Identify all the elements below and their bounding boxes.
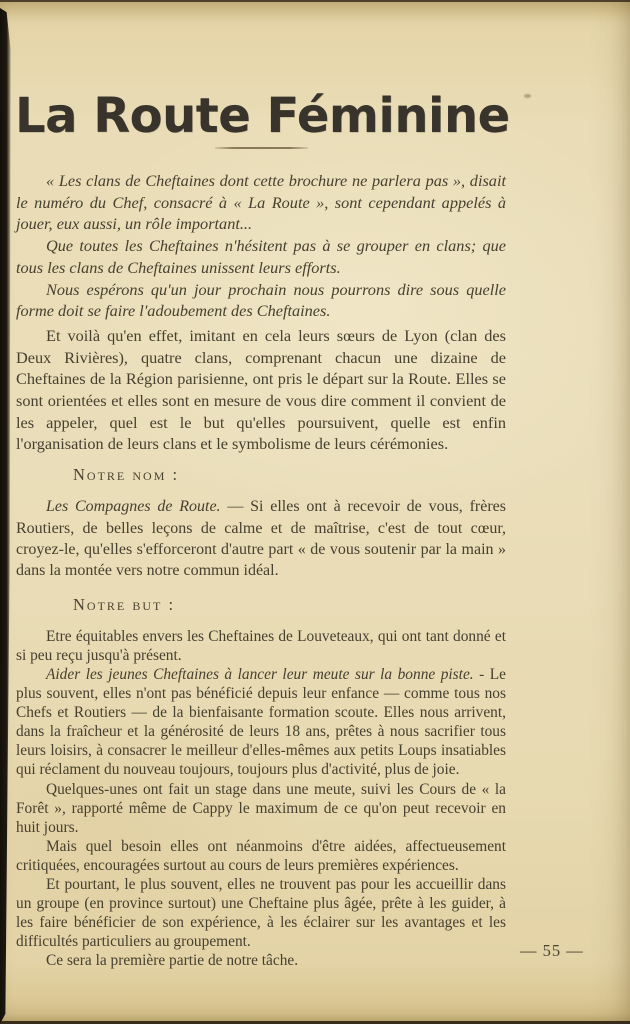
intro-paragraph-2: Que toutes les Cheftaines n'hésitent pas… bbox=[16, 235, 506, 278]
body-paragraph-equitables: Etre équitables envers les Cheftaines de… bbox=[16, 627, 506, 665]
page-title: La Route Féminine bbox=[15, 88, 510, 144]
paragraph-lead-italic: Les Compagnes de Route. bbox=[46, 498, 221, 515]
print-artifact bbox=[524, 94, 531, 98]
intro-quote-block: « Les clans de Cheftaines dont cette bro… bbox=[16, 170, 506, 322]
scanned-book-page: La Route Féminine « Les clans de Cheftai… bbox=[0, 0, 630, 1024]
body-paragraph-clans: Et voilà qu'en effet, imitant en cela le… bbox=[16, 325, 506, 455]
intro-paragraph-1: « Les clans de Cheftaines dont cette bro… bbox=[16, 170, 506, 235]
body-paragraph-pourtant: Et pourtant, le plus souvent, elles ne t… bbox=[16, 875, 506, 951]
section-heading-notre-nom: Notre nom : bbox=[73, 465, 506, 485]
body-paragraph-stage: Quelques-unes ont fait un stage dans une… bbox=[16, 780, 506, 837]
text-column: « Les clans de Cheftaines dont cette bro… bbox=[16, 170, 506, 970]
title-divider-rule bbox=[215, 147, 308, 149]
body-paragraph-aider: Aider les jeunes Cheftaines à lancer leu… bbox=[16, 665, 506, 780]
body-paragraph-tache: Ce sera la première partie de notre tâch… bbox=[16, 951, 506, 970]
book-binding-edge bbox=[0, 8, 12, 1024]
scan-top-edge bbox=[0, 0, 630, 2]
body-paragraph-besoin: Mais quel besoin elles ont néanmoins d'ê… bbox=[16, 837, 506, 875]
section-heading-notre-but: Notre but : bbox=[73, 595, 506, 615]
intro-paragraph-3: Nous espérons qu'un jour prochain nous p… bbox=[16, 279, 506, 322]
body-paragraph-compagnes: Les Compagnes de Route. — Si elles ont à… bbox=[16, 496, 506, 582]
paragraph-lead-italic: Aider les jeunes Cheftaines à lancer leu… bbox=[46, 666, 484, 683]
page-number: — 55 — bbox=[520, 941, 584, 961]
